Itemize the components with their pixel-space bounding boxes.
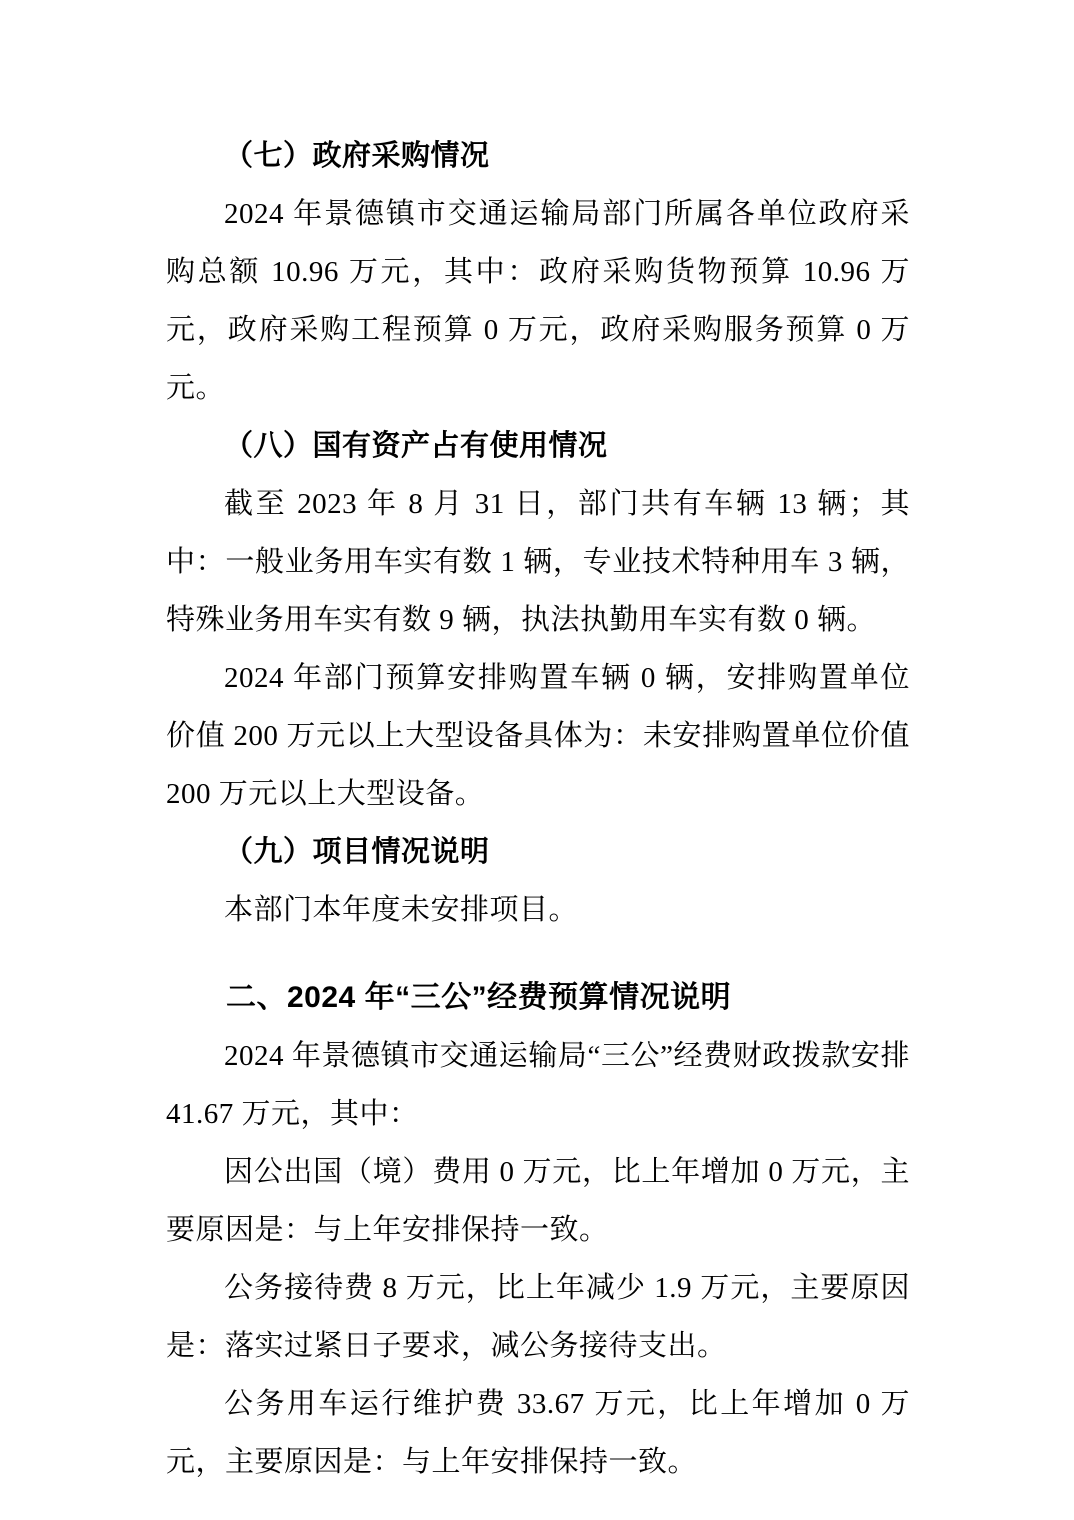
section-8-paragraph-vehicle-inventory: 截至 2023 年 8 月 31 日，部门共有车辆 13 辆；其中：一般业务用车…	[166, 475, 910, 649]
three-public-paragraph-overseas-travel: 因公出国（境）费用 0 万元，比上年增加 0 万元，主要原因是：与上年安排保持一…	[166, 1143, 910, 1259]
section-9-heading-project-situation: （九）项目情况说明	[166, 823, 910, 881]
three-public-paragraph-vehicle-maintenance: 公务用车运行维护费 33.67 万元，比上年增加 0 万元，主要原因是：与上年安…	[166, 1375, 910, 1491]
document-page: （七）政府采购情况 2024 年景德镇市交通运输局部门所属各单位政府采购总额 1…	[0, 0, 1074, 1520]
three-public-paragraph-official-reception: 公务接待费 8 万元，比上年减少 1.9 万元，主要原因是：落实过紧日子要求，减…	[166, 1259, 910, 1375]
three-public-paragraph-total-allocation: 2024 年景德镇市交通运输局“三公”经费财政拨款安排 41.67 万元，其中：	[166, 1027, 910, 1143]
section-8-heading-state-owned-assets: （八）国有资产占有使用情况	[166, 417, 910, 475]
document-content: （七）政府采购情况 2024 年景德镇市交通运输局部门所属各单位政府采购总额 1…	[166, 127, 910, 1491]
section-9-paragraph-no-projects: 本部门本年度未安排项目。	[166, 881, 910, 939]
section-8-paragraph-planned-purchases: 2024 年部门预算安排购置车辆 0 辆，安排购置单位价值 200 万元以上大型…	[166, 649, 910, 823]
section-7-heading-government-procurement: （七）政府采购情况	[166, 127, 910, 185]
section-2-heading-three-public-expenses: 二、2024 年“三公”经费预算情况说明	[166, 969, 910, 1027]
section-7-paragraph-procurement-totals: 2024 年景德镇市交通运输局部门所属各单位政府采购总额 10.96 万元，其中…	[166, 185, 910, 417]
